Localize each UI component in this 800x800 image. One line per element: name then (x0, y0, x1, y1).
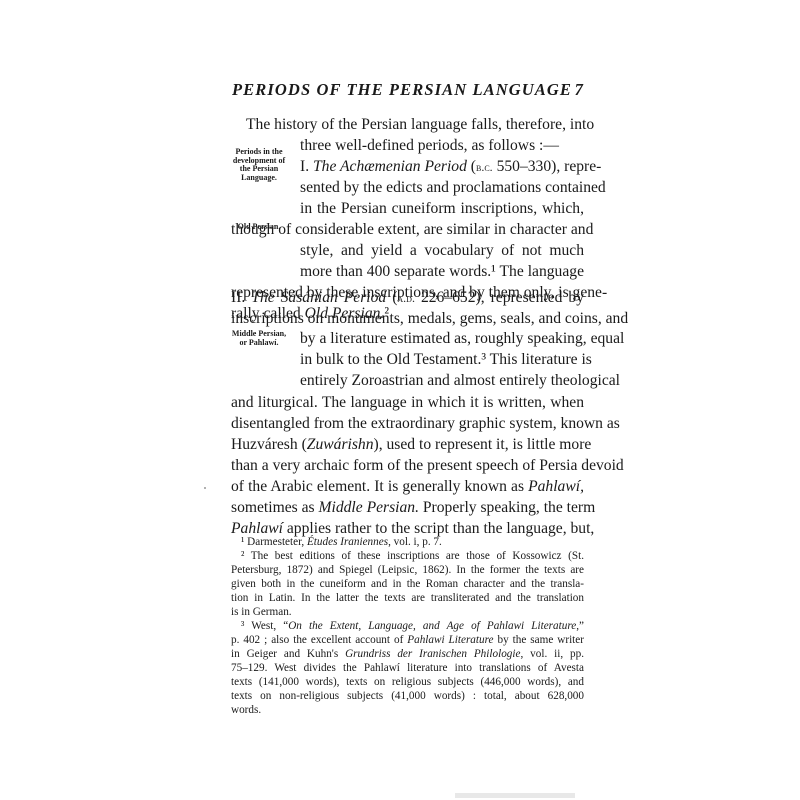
body-line: II. The Sásánian Period (a.d. 226–652), … (231, 287, 584, 309)
body-line: sometimes as Middle Persian. Properly sp… (231, 497, 584, 518)
body-line: though of considerable extent, are simil… (231, 219, 584, 240)
body-line: entirely Zoroastrian and almost entirely… (300, 370, 584, 391)
footnote-3-line: ³ West, “On the Extent, Language, and Ag… (241, 619, 584, 633)
body-line: in bulk to the Old Testament.³ This lite… (300, 349, 584, 370)
body-line: I. The Achæmenian Period (b.c. 550–330),… (300, 156, 584, 178)
page-number: 7 (575, 80, 584, 100)
footnote-3-line: in Geiger and Kuhn's Grundriss der Irani… (231, 647, 584, 661)
footnote-3-line: p. 402 ; also the excellent account of P… (231, 633, 584, 647)
body-line: sented by the edicts and proclamations c… (300, 177, 584, 198)
footnote-3-line: words. (231, 703, 584, 717)
body-line: in the Persian cuneiform inscriptions, w… (300, 198, 584, 219)
body-line: by a literature estimated as, roughly sp… (300, 328, 584, 349)
footnote-3-line: texts (141,000 words), texts on religiou… (231, 675, 584, 689)
footnote-2-line: is in German. (231, 605, 584, 619)
body-line: more than 400 separate words.¹ The langu… (300, 261, 584, 282)
scan-edge-mark (455, 793, 575, 798)
footnote-2-line: given both in the cuneiform and in the R… (231, 577, 584, 591)
body-line: three well-defined periods, as follows :… (300, 135, 584, 156)
body-line: style, and yield a vocabulary of not muc… (300, 240, 584, 261)
margin-note-middle-persian: Middle Persian, or Pahlawí. (228, 330, 290, 347)
margin-note-periods: Periods in the development of the Persia… (228, 148, 290, 182)
body-line: than a very archaic form of the present … (231, 455, 584, 476)
body-line: Huzváresh (Zuwárishn), used to represent… (231, 434, 584, 455)
body-line: disentangled from the extraordinary grap… (231, 413, 584, 434)
footnote-3-line: 75–129. West divides the Pahlawí literat… (231, 661, 584, 675)
footnote-2-line: tion in Latin. In the latter the texts a… (231, 591, 584, 605)
footnote-3-line: texts on non-religious subjects (41,000 … (231, 689, 584, 703)
body-line: of the Arabic element. It is generally k… (231, 476, 584, 497)
body-line: inscriptions on monuments, medals, gems,… (231, 308, 584, 329)
footnote-1: ¹ Darmesteter, Études Iraniennes, vol. i… (241, 535, 584, 549)
footnote-2-line: Petersburg, 1872) and Spiegel (Leipsic, … (231, 563, 584, 577)
running-head-title: PERIODS OF THE PERSIAN LANGUAGE (232, 80, 572, 99)
footnote-2-line: ² The best editions of these inscription… (241, 549, 584, 563)
body-line: and liturgical. The language in which it… (231, 392, 584, 413)
running-head: PERIODS OF THE PERSIAN LANGUAGE 7 (232, 80, 584, 100)
scan-speck (204, 487, 206, 489)
body-line: The history of the Persian language fall… (246, 114, 584, 135)
